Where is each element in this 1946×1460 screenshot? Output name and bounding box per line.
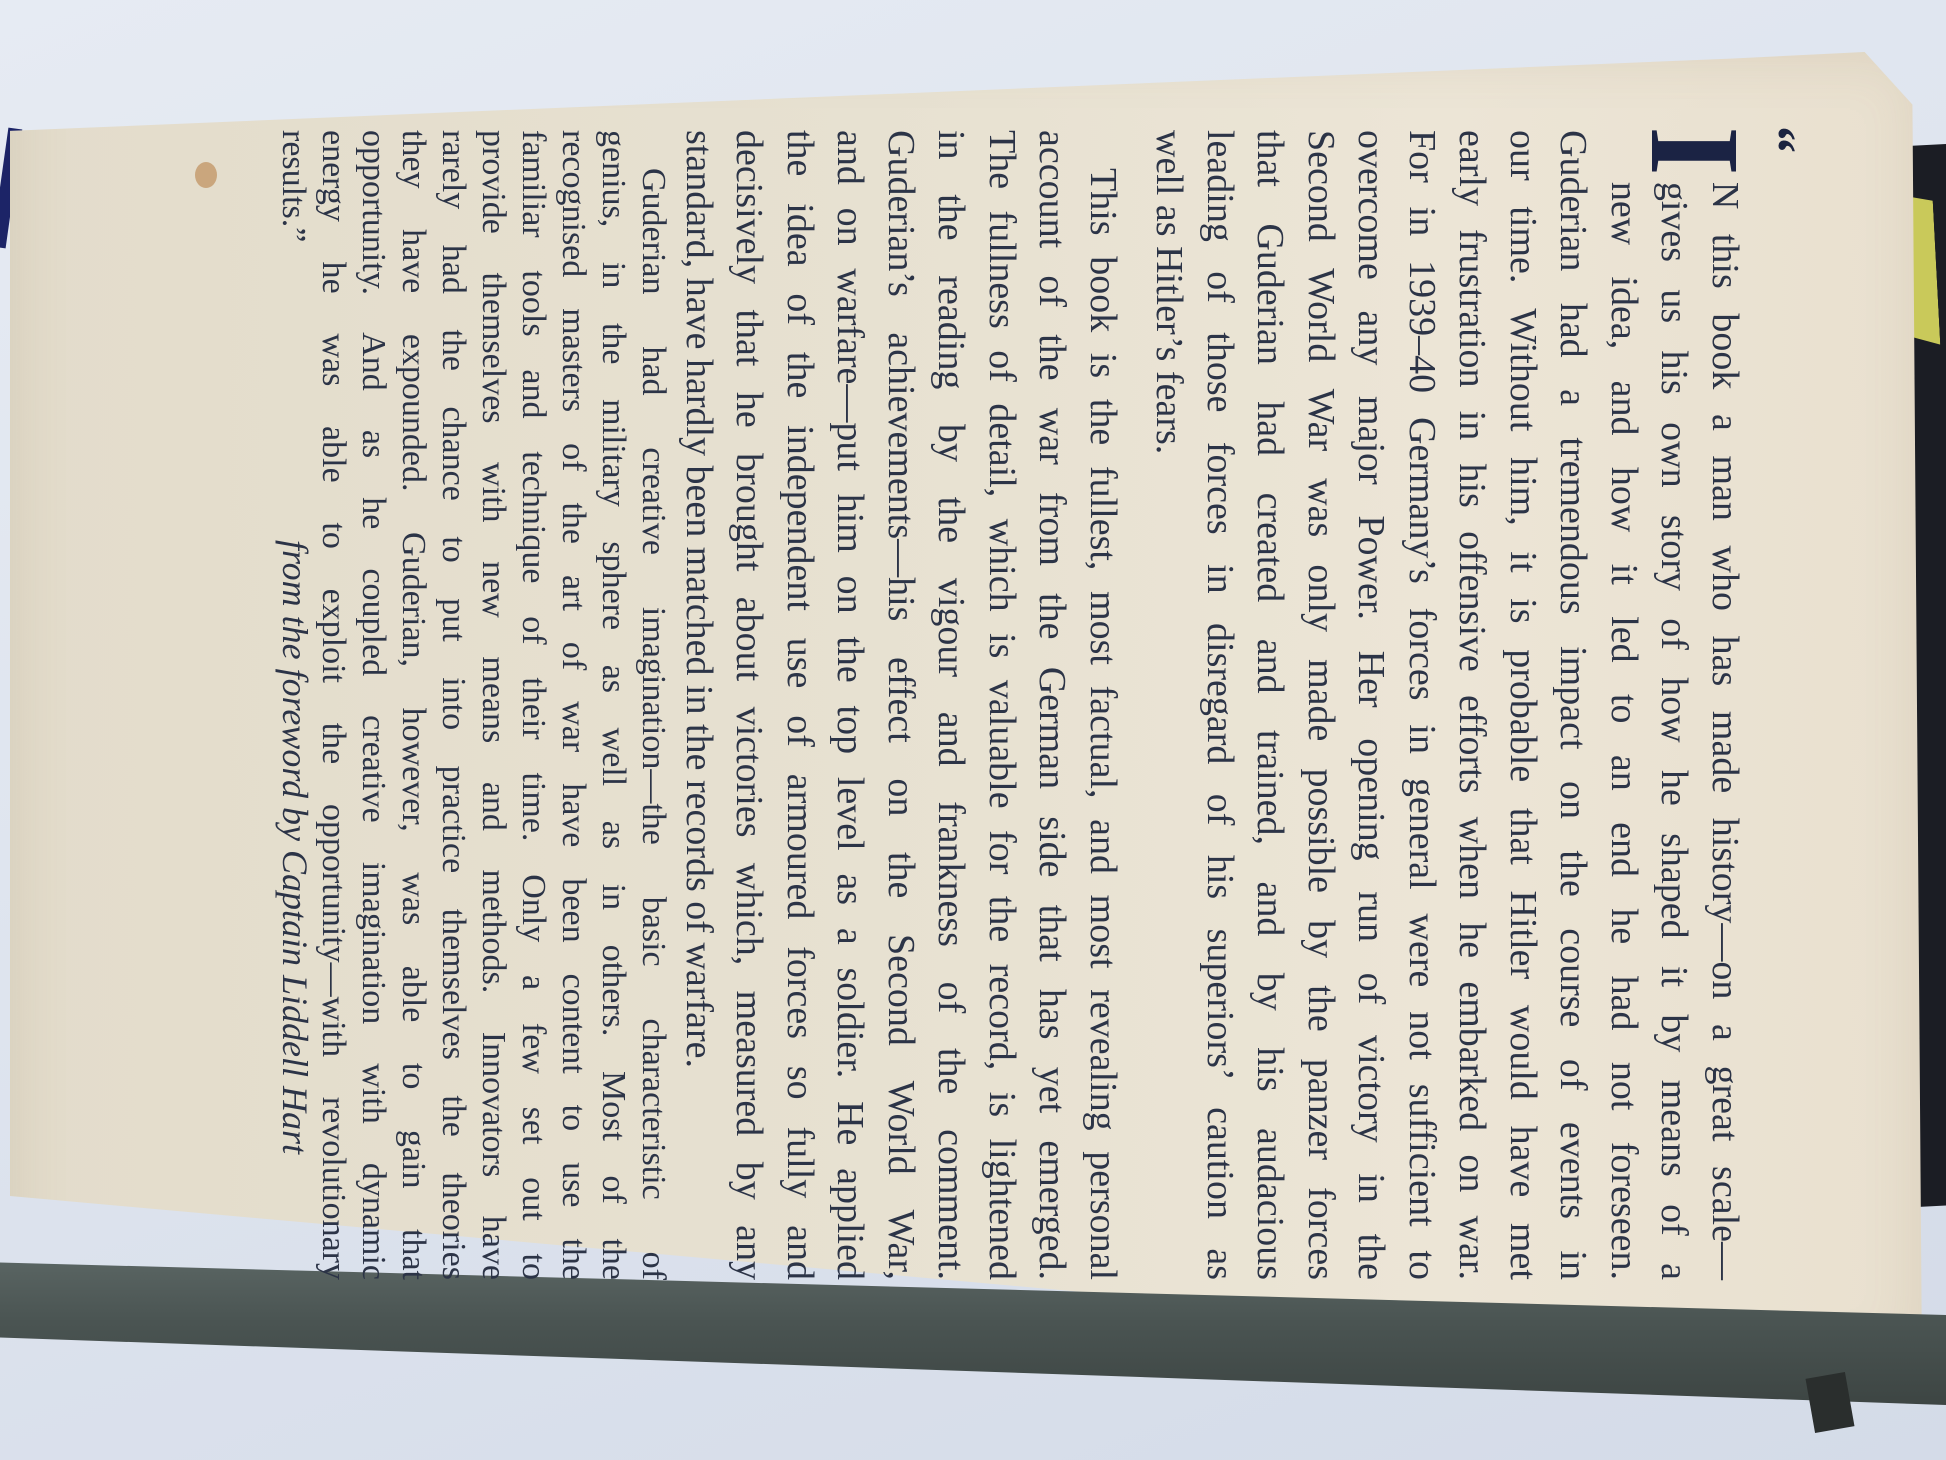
- blurb-line: account of the war from the German side …: [1027, 130, 1078, 1280]
- blurb-paragraph-1: “ I N this book a man who has made histo…: [1144, 130, 1750, 1280]
- blurb-text: “ I N this book a man who has made histo…: [180, 130, 1750, 1280]
- blurb-line: Guderian had a tremendous impact on the …: [1548, 130, 1599, 1280]
- blurb-paragraph-3: Guderian had creative imagination—the ba…: [274, 130, 674, 1280]
- photo-scene: “ I N this book a man who has made histo…: [0, 0, 1946, 1460]
- blurb-line: This book is the fullest, most factual, …: [1078, 130, 1129, 1280]
- blurb-paragraph-2: This book is the fullest, most factual, …: [674, 130, 1129, 1280]
- open-quote-mark: “: [1752, 126, 1803, 153]
- blurb-line: For in 1939–40 Germany’s forces in gener…: [1397, 130, 1448, 1280]
- blurb-line: that Guderian had created and trained, a…: [1245, 130, 1296, 1280]
- blurb-line: overcome any major Power. Her opening ru…: [1346, 130, 1397, 1280]
- blurb-line: standard, have hardly been matched in th…: [674, 130, 725, 1280]
- blurb-line: decisively that he brought about victori…: [724, 130, 775, 1280]
- blurb-line: well as Hitler’s fears.: [1144, 130, 1195, 1280]
- blurb-line: our time. Without him, it is probable th…: [1498, 130, 1549, 1280]
- blurb-line: N this book a man who has made history—o…: [1700, 130, 1751, 1280]
- blurb-line: gives us his own story of how he shaped …: [1649, 130, 1700, 1280]
- blurb-line: early frustration in his offensive effor…: [1447, 130, 1498, 1280]
- drop-cap: I: [1640, 126, 1750, 176]
- blurb-line: new idea, and how it led to an end he ha…: [1599, 130, 1650, 1280]
- blurb-line: they have expounded. Guderian, however, …: [394, 130, 434, 1280]
- blurb-line: Second World War was only made possible …: [1296, 130, 1347, 1280]
- blurb-line: the idea of the independent use of armou…: [775, 130, 826, 1280]
- blurb-line: Guderian’s achievements—his effect on th…: [876, 130, 927, 1280]
- blurb-line: The fullness of detail, which is valuabl…: [977, 130, 1028, 1280]
- blurb-line: familiar tools and technique of their ti…: [514, 130, 554, 1280]
- blurb-line: recognised masters of the art of war hav…: [554, 130, 594, 1280]
- blurb-line: provide themselves with new means and me…: [474, 130, 514, 1280]
- blurb-line: leading of those forces in disregard of …: [1195, 130, 1246, 1280]
- blurb-line: genius, in the military sphere as well a…: [594, 130, 634, 1280]
- blurb-line: Guderian had creative imagination—the ba…: [634, 130, 674, 1280]
- blurb-line: in the reading by the vigour and frankne…: [926, 130, 977, 1280]
- foreword-attribution: from the foreword by Captain Liddell Har…: [270, 540, 321, 1154]
- blurb-line: rarely had the chance to put into practi…: [434, 130, 474, 1280]
- blurb-line: opportunity. And as he coupled creative …: [354, 130, 394, 1280]
- blurb-line: and on warfare—put him on the top level …: [825, 130, 876, 1280]
